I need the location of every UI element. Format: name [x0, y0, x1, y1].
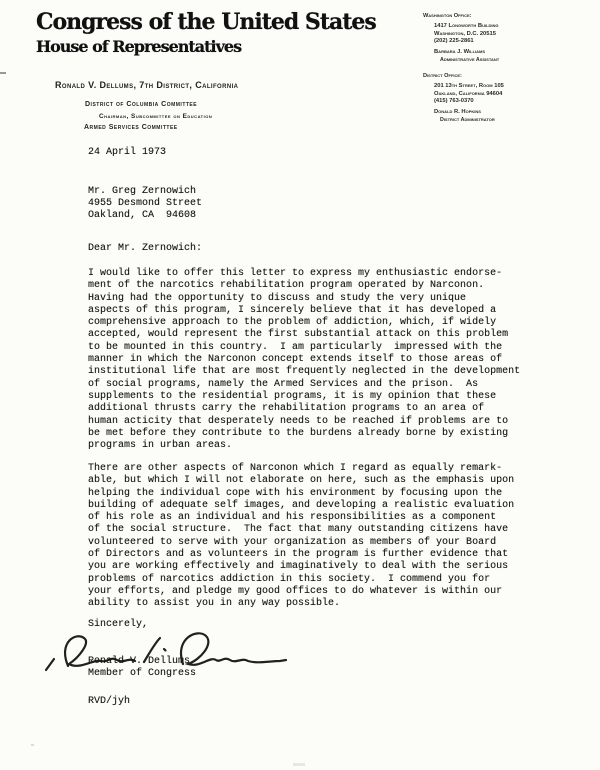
- org-name-line2: House of Representatives: [36, 37, 241, 56]
- body-paragraph: There are other aspects of Narconon whic…: [88, 463, 514, 611]
- committee-item: District of Columbia Committee: [85, 101, 197, 108]
- recipient-line: Oakland, CA 94608: [88, 210, 196, 222]
- scan-artifact: [31, 744, 34, 746]
- reference-initials: RVD/jyh: [88, 696, 130, 708]
- address-line: (415) 763-0370: [434, 98, 583, 106]
- district-office-heading: District Office:: [423, 73, 583, 81]
- committee-item: Chairman, Subcommittee on Education: [99, 113, 212, 120]
- committee-item: Armed Services Committee: [84, 124, 178, 131]
- signer-name: Ronald V. Dellums: [88, 656, 190, 668]
- address-line: 201 13th Street, Room 105: [434, 83, 583, 91]
- washington-office-heading: Washington Office:: [423, 13, 583, 21]
- address-line: 1417 Longworth Building: [434, 23, 583, 31]
- letter-document-page: Congress of the United States House of R…: [0, 0, 600, 770]
- washington-office-address: 1417 Longworth Building Washington, D.C.…: [423, 23, 583, 46]
- address-line: Oakland, California 94604: [434, 91, 583, 99]
- district-staff-title: District Administrator: [423, 117, 583, 125]
- address-line: (202) 225-2861: [434, 38, 583, 46]
- signer-title: Member of Congress: [88, 668, 196, 680]
- district-staff-name: Donald R. Hopkins: [423, 109, 583, 117]
- washington-office-block: Washington Office: 1417 Longworth Buildi…: [423, 13, 583, 65]
- district-office-address: 201 13th Street, Room 105 Oakland, Calif…: [423, 83, 583, 106]
- scan-artifact: [293, 763, 305, 766]
- org-name-line1: Congress of the United States: [36, 9, 376, 35]
- scan-artifact: [0, 72, 6, 74]
- washington-staff-name: Barbara J. Williams: [423, 49, 583, 57]
- district-office-block: District Office: 201 13th Street, Room 1…: [423, 73, 583, 125]
- date-line: 24 April 1973: [88, 147, 166, 159]
- salutation: Dear Mr. Zernowich:: [88, 243, 202, 255]
- recipient-line: Mr. Greg Zernowich: [88, 186, 196, 198]
- body-paragraph: I would like to offer this letter to exp…: [88, 268, 520, 452]
- washington-staff-title: Administrative Assistant: [423, 57, 583, 65]
- recipient-line: 4955 Desmond Street: [88, 198, 202, 210]
- member-district-line: Ronald V. Dellums, 7th District, Califor…: [55, 80, 238, 90]
- address-line: Washington, D.C. 20515: [434, 31, 583, 39]
